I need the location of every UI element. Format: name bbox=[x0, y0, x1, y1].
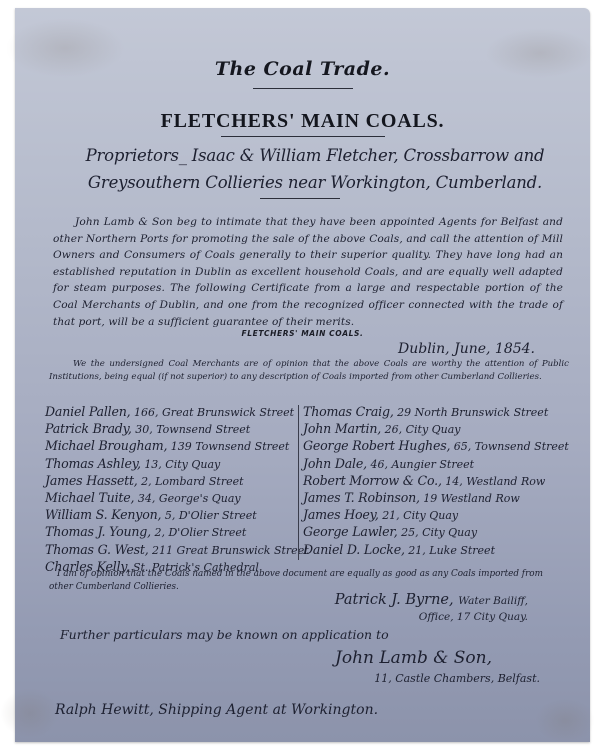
headline-divider bbox=[221, 136, 385, 137]
paper-stain bbox=[535, 698, 595, 743]
agent-address: 11, Castle Chambers, Belfast. bbox=[374, 672, 540, 685]
column-divider bbox=[298, 405, 299, 560]
agent-signature-name: John Lamb & Son, bbox=[335, 648, 492, 668]
merchant-entry: Robert Morrow & Co., 14, Westland Row bbox=[303, 473, 583, 490]
merchant-entry: Thomas G. West, 211 Great Brunswick Stre… bbox=[45, 542, 300, 559]
merchant-entry: James T. Robinson, 19 Westland Row bbox=[303, 490, 583, 507]
bailiff-statement: I am of opinion that the Coals named in … bbox=[49, 568, 559, 593]
document-title: The Coal Trade. bbox=[15, 58, 590, 80]
paper-stain bbox=[0, 688, 60, 738]
headline: FLETCHERS' MAIN COALS. bbox=[15, 110, 590, 133]
bailiff-signature: Patrick J. Byrne, Water Bailiff, bbox=[335, 592, 528, 608]
bailiff-office: Office, 17 City Quay. bbox=[419, 611, 528, 623]
intro-paragraph: John Lamb & Son beg to intimate that the… bbox=[53, 214, 563, 330]
dateline: Dublin, June, 1854. bbox=[398, 341, 535, 357]
merchants-right-column: Thomas Craig, 29 North Brunswick Street … bbox=[303, 404, 583, 559]
merchant-entry: John Dale, 46, Aungier Street bbox=[303, 456, 583, 473]
title-divider bbox=[253, 88, 353, 89]
proprietors-divider bbox=[260, 198, 340, 199]
merchant-entry: Daniel D. Locke, 21, Luke Street bbox=[303, 542, 583, 559]
proprietors-block: Proprietors_ Isaac & William Fletcher, C… bbox=[85, 142, 545, 196]
proprietors-line-1: Proprietors_ Isaac & William Fletcher, C… bbox=[85, 142, 545, 169]
merchant-entry: Thomas Ashley, 13, City Quay bbox=[45, 456, 300, 473]
further-particulars: Further particulars may be known on appl… bbox=[60, 627, 389, 642]
merchant-entry: James Hassett, 2, Lombard Street bbox=[45, 473, 300, 490]
merchant-entry: William S. Kenyon, 5, D'Olier Street bbox=[45, 507, 300, 524]
merchant-entry: Daniel Pallen, 166, Great Brunswick Stre… bbox=[45, 404, 300, 421]
merchant-entry: Thomas J. Young, 2, D'Olier Street bbox=[45, 524, 300, 541]
merchants-left-column: Daniel Pallen, 166, Great Brunswick Stre… bbox=[45, 404, 300, 576]
document-page: The Coal Trade. FLETCHERS' MAIN COALS. P… bbox=[15, 8, 590, 742]
merchant-entry: Michael Brougham, 139 Townsend Street bbox=[45, 438, 300, 455]
merchant-entry: Thomas Craig, 29 North Brunswick Street bbox=[303, 404, 583, 421]
shipping-agent: Ralph Hewitt, Shipping Agent at Workingt… bbox=[55, 702, 378, 718]
merchant-entry: George Lawler, 25, City Quay bbox=[303, 524, 583, 541]
merchant-entry: Patrick Brady, 30, Townsend Street bbox=[45, 421, 300, 438]
bailiff-role: Water Bailiff, bbox=[458, 595, 528, 607]
merchant-entry: John Martin, 26, City Quay bbox=[303, 421, 583, 438]
merchant-entry: James Hoey, 21, City Quay bbox=[303, 507, 583, 524]
merchant-entry: George Robert Hughes, 65, Townsend Stree… bbox=[303, 438, 583, 455]
certificate-heading: FLETCHERS' MAIN COALS. bbox=[15, 329, 590, 338]
opinion-paragraph: We the undersigned Coal Merchants are of… bbox=[49, 358, 569, 383]
bailiff-name: Patrick J. Byrne, bbox=[335, 592, 454, 608]
proprietors-line-2: Greysouthern Collieries near Workington,… bbox=[85, 169, 545, 196]
merchant-entry: Michael Tuite, 34, George's Quay bbox=[45, 490, 300, 507]
